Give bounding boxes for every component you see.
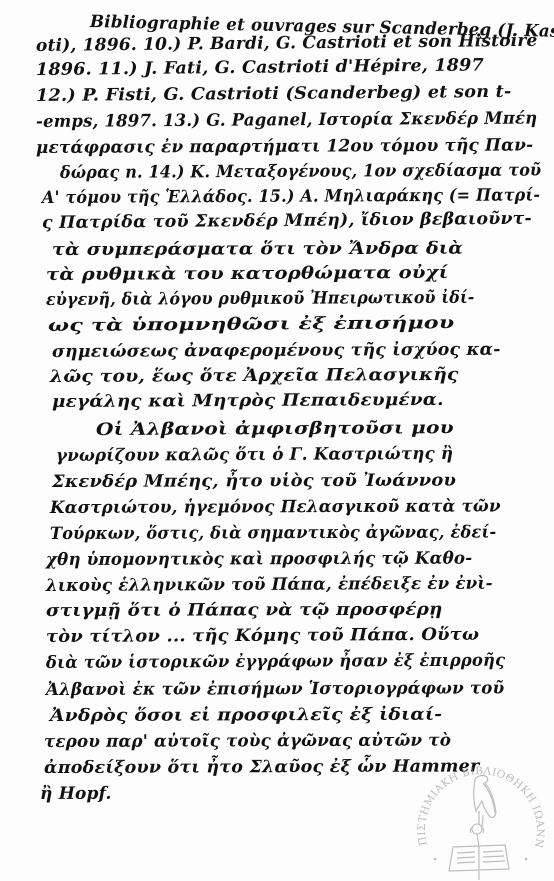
manuscript-page: Bibliographie et ouvrages sur Scanderbeg… xyxy=(0,0,554,881)
manuscript-line: λικοὺς ἑλληνικῶν τοῦ Πάπα, ἐπέδειξε ἐν ἐ… xyxy=(46,574,493,596)
library-stamp: ΠΑΝΕΠΙΣΤΗΜΙΑΚΗ ΒΙΒΛΙΟΘΗΚΗ ΙΩΑΝΝΙΝΩΝ xyxy=(413,735,548,880)
manuscript-line: εὐγενῆ, διὰ λόγου ρυθμικοῦ Ἠπειρωτικοῦ ἰ… xyxy=(46,288,475,310)
manuscript-line: στιγμῇ ὅτι ὁ Πάπας νὰ τῷ προσφέρῃ xyxy=(46,600,443,621)
manuscript-line: τερου παρ' αὐτοῖς τοὺς ἀγῶνας αὐτῶν τὸ xyxy=(44,731,451,752)
manuscript-line: Οἱ Ἀλβανοὶ ἀμφισβητοῦσι μου xyxy=(96,418,454,440)
manuscript-line: ς Πατρίδα τοῦ Σκενδέρ Μπέη), ἴδιον βεβαι… xyxy=(42,209,532,233)
svg-text:ΠΑΝΕΠΙΣΤΗΜΙΑΚΗ ΒΙΒΛΙΟΘΗΚΗ ΙΩΑΝ: ΠΑΝΕΠΙΣΤΗΜΙΑΚΗ ΒΙΒΛΙΟΘΗΚΗ ΙΩΑΝΝΙΝΩΝ xyxy=(413,735,546,849)
manuscript-line: Ἀνδρὸς ὅσοι εἰ προσφιλεῖς ἐξ ἰδιαί- xyxy=(50,705,442,726)
manuscript-line: λῶς του, ἕως ὅτε Ἀρχεῖα Πελασγικῆς xyxy=(50,365,459,387)
manuscript-line: 1896. 11.) J. Fati, G. Castrioti d'Hépir… xyxy=(36,55,484,80)
manuscript-line: χθη ὑπομονητικὸς καὶ προσφιλής τῷ Καθο- xyxy=(46,549,472,570)
manuscript-line: μεγάλης καὶ Μητρὸς Πεπαιδευμένα. xyxy=(52,390,444,412)
manuscript-line: γνωρίζουν καλῶς ὅτι ὁ Γ. Καστριώτης ἢ xyxy=(56,444,453,466)
manuscript-line: ως τὰ ὑπομνηθῶσι ἐξ ἐπισήμου xyxy=(48,313,455,336)
manuscript-line: Α' τόμου τῆς Ἑλλάδος. 15.) Α. Μηλιαράκης… xyxy=(42,185,540,208)
manuscript-line: διὰ τῶν ἱστορικῶν ἐγγράφων ἦσαν ἐξ ἐπιρρ… xyxy=(46,651,505,673)
manuscript-line: ἢ Hopf. xyxy=(40,784,112,804)
manuscript-line: 12.) P. Fisti, G. Castrioti (Scanderbeg)… xyxy=(36,82,512,106)
manuscript-line: Ἀλβανοὶ ἐκ τῶν ἐπισήμων Ἱστοριογράφων το… xyxy=(46,678,504,700)
manuscript-line: μετάφρασις ἐν παραρτήματι 12ου τόμου τῆς… xyxy=(36,135,533,158)
manuscript-line: Σκενδέρ Μπέης, ἦτο υἱὸς τοῦ Ἰωάννου xyxy=(52,471,456,492)
manuscript-line: -emps, 1897. 13.) G. Paganel, Ιστορία Σκ… xyxy=(36,109,537,132)
manuscript-line: σημειώσεως ἀναφερομένους τῆς ἰσχύος κα- xyxy=(52,340,501,362)
manuscript-line: oti), 1896. 10.) P. Bardi, G. Castrioti … xyxy=(36,31,538,56)
library-emblem-icon: ΠΑΝΕΠΙΣΤΗΜΙΑΚΗ ΒΙΒΛΙΟΘΗΚΗ ΙΩΑΝΝΙΝΩΝ xyxy=(413,735,548,880)
manuscript-line: τὰ συμπεράσματα ὅτι τὸν Ἄνδρα διὰ xyxy=(52,239,463,260)
stamp-text: ΠΑΝΕΠΙΣΤΗΜΙΑΚΗ ΒΙΒΛΙΟΘΗΚΗ ΙΩΑΝΝΙΝΩΝ xyxy=(413,735,546,849)
manuscript-line: δώρας n. 14.) Κ. Μεταξογένους, 1ον σχεδί… xyxy=(60,160,541,183)
manuscript-line: τὰ ρυθμικὰ του κατορθώματα οὐχί xyxy=(46,263,449,285)
manuscript-line: Τούρκων, ὅστις, διὰ σημαντικὸς ἀγῶνας, ἐ… xyxy=(50,522,496,544)
manuscript-line: τὸν τίτλον ... τῆς Κόμης τοῦ Πάπα. Οὕτω xyxy=(46,625,479,647)
manuscript-line: Καστριώτου, ἡγεμόνος Πελασγικοῦ κατὰ τῶν xyxy=(50,496,501,518)
